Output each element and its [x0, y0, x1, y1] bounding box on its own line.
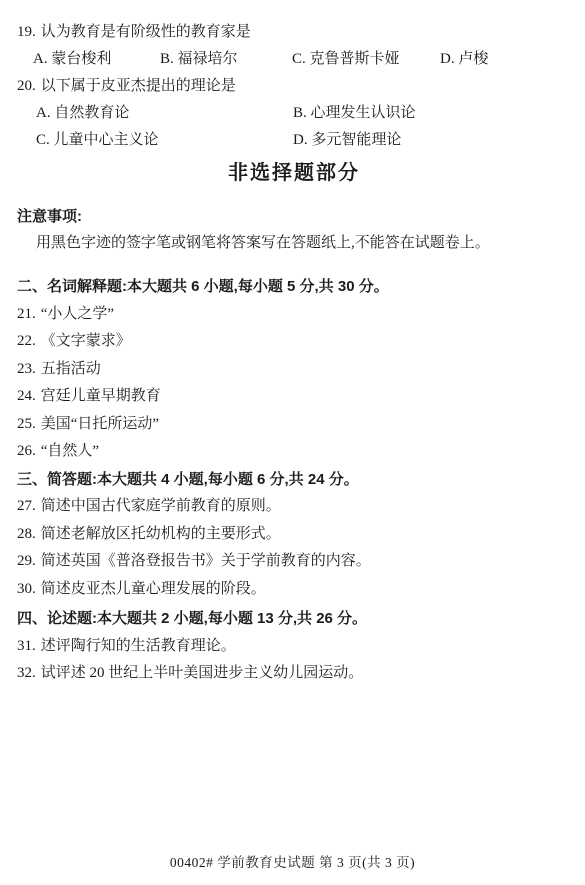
question-19-text: 认为教育是有阶级性的教育家是	[41, 24, 251, 40]
question-20-text: 以下属于皮亚杰提出的理论是	[41, 78, 236, 94]
question-20-option-b: B. 心理发生认识论	[293, 100, 416, 127]
question-20-number: 20.	[17, 73, 36, 100]
question-27-text: 简述中国古代家庭学前教育的原则。	[41, 498, 281, 514]
question-26-text: “自然人”	[41, 443, 99, 459]
question-25-text: 美国“日托所运动”	[41, 416, 159, 432]
question-27-number: 27.	[17, 493, 36, 521]
question-24-text: 宫廷儿童早期教育	[41, 388, 161, 404]
question-25: 25.美国“日托所运动”	[17, 411, 571, 439]
question-19: 19.认为教育是有阶级性的教育家是	[17, 19, 571, 46]
question-22: 22.《文字蒙求》	[17, 328, 571, 356]
question-26-number: 26.	[17, 438, 36, 466]
part-title: 非选择题部分	[17, 160, 571, 187]
question-20-option-a: A. 自然教育论	[36, 100, 293, 127]
question-20: 20.以下属于皮亚杰提出的理论是	[17, 73, 571, 100]
question-23-number: 23.	[17, 356, 36, 384]
question-30-text: 简述皮亚杰儿童心理发展的阶段。	[41, 581, 266, 597]
question-32-text: 试评述 20 世纪上半叶美国进步主义幼儿园运动。	[41, 665, 364, 681]
question-23-text: 五指活动	[41, 361, 101, 377]
question-22-number: 22.	[17, 328, 36, 356]
question-29-number: 29.	[17, 548, 36, 576]
question-31-text: 述评陶行知的生活教育理论。	[41, 638, 236, 654]
question-32: 32.试评述 20 世纪上半叶美国进步主义幼儿园运动。	[17, 660, 571, 688]
question-19-option-a: A. 蒙台梭利	[33, 46, 160, 73]
question-20-options-row-2: C. 儿童中心主义论 D. 多元智能理论	[17, 127, 571, 154]
question-30: 30.简述皮亚杰儿童心理发展的阶段。	[17, 576, 571, 604]
notice-title: 注意事项:	[17, 203, 571, 230]
question-31-number: 31.	[17, 633, 36, 661]
section-3-heading: 三、简答题:本大题共 4 小题,每小题 6 分,共 24 分。	[17, 466, 571, 494]
question-19-option-b: B. 福禄培尔	[160, 46, 292, 73]
question-29-text: 简述英国《普洛登报告书》关于学前教育的内容。	[41, 553, 371, 569]
question-29: 29.简述英国《普洛登报告书》关于学前教育的内容。	[17, 548, 571, 576]
question-30-number: 30.	[17, 576, 36, 604]
question-27: 27.简述中国古代家庭学前教育的原则。	[17, 493, 571, 521]
question-28-text: 简述老解放区托幼机构的主要形式。	[41, 526, 281, 542]
question-19-options: A. 蒙台梭利 B. 福禄培尔 C. 克鲁普斯卡娅 D. 卢梭	[17, 46, 571, 73]
page-footer: 00402# 学前教育史试题 第 3 页(共 3 页)	[0, 851, 585, 871]
question-28-number: 28.	[17, 521, 36, 549]
notice-body: 用黑色字迹的签字笔或钢笔将答案写在答题纸上,不能答在试题卷上。	[17, 230, 571, 257]
question-31: 31.述评陶行知的生活教育理论。	[17, 633, 571, 661]
question-25-number: 25.	[17, 411, 36, 439]
question-19-number: 19.	[17, 19, 36, 46]
question-28: 28.简述老解放区托幼机构的主要形式。	[17, 521, 571, 549]
question-24-number: 24.	[17, 383, 36, 411]
question-32-number: 32.	[17, 660, 36, 688]
section-4-heading: 四、论述题:本大题共 2 小题,每小题 13 分,共 26 分。	[17, 605, 571, 633]
question-19-option-d: D. 卢梭	[440, 46, 488, 73]
question-23: 23.五指活动	[17, 356, 571, 384]
question-21-text: “小人之学”	[41, 306, 114, 322]
question-20-options-row-1: A. 自然教育论 B. 心理发生认识论	[17, 100, 571, 127]
question-21-number: 21.	[17, 301, 36, 329]
question-20-option-c: C. 儿童中心主义论	[36, 127, 293, 154]
question-22-text: 《文字蒙求》	[41, 333, 131, 349]
question-26: 26.“自然人”	[17, 438, 571, 466]
exam-page: 19.认为教育是有阶级性的教育家是 A. 蒙台梭利 B. 福禄培尔 C. 克鲁普…	[0, 0, 585, 885]
question-21: 21.“小人之学”	[17, 301, 571, 329]
question-24: 24.宫廷儿童早期教育	[17, 383, 571, 411]
question-19-option-c: C. 克鲁普斯卡娅	[292, 46, 440, 73]
question-20-option-d: D. 多元智能理论	[293, 127, 401, 154]
section-2-heading: 二、名词解释题:本大题共 6 小题,每小题 5 分,共 30 分。	[17, 273, 571, 301]
